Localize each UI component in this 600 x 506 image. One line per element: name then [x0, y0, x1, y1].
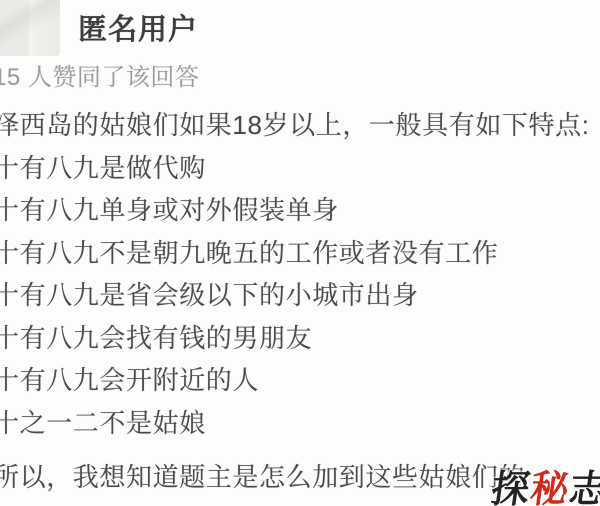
vote-count-status: 15 人赞同了该回答: [0, 57, 199, 92]
watermark-char-1: 探: [488, 469, 533, 506]
answer-line: 十有八九单身或对外假装单身: [0, 189, 600, 232]
answer-line: 十有八九不是朝九晚五的工作或者没有工作: [0, 232, 600, 275]
answer-line: 十有八九是省会级以下的小城市出身: [0, 274, 600, 317]
answer-line-intro: 泽西岛的姑娘们如果18岁以上，一般具有如下特点:: [0, 104, 600, 147]
anonymous-avatar: [0, 0, 60, 56]
answer-post: 匿名用户 15 人赞同了该回答 泽西岛的姑娘们如果18岁以上，一般具有如下特点:…: [0, 0, 600, 506]
watermark-char-3: 志: [566, 469, 600, 506]
answer-body: 泽西岛的姑娘们如果18岁以上，一般具有如下特点: 十有八九是做代购 十有八九单身…: [0, 104, 600, 444]
answer-line: 十有八九是做代购: [0, 147, 600, 190]
answer-line: 十有八九会开附近的人: [0, 359, 600, 402]
watermark-char-2: 秘: [527, 469, 572, 506]
answer-line: 十有八九会找有钱的男朋友: [0, 317, 600, 360]
username: 匿名用户: [78, 7, 198, 48]
tanmizhi-watermark: 探秘志: [488, 458, 600, 506]
answer-line: 十之一二不是姑娘: [0, 402, 600, 445]
